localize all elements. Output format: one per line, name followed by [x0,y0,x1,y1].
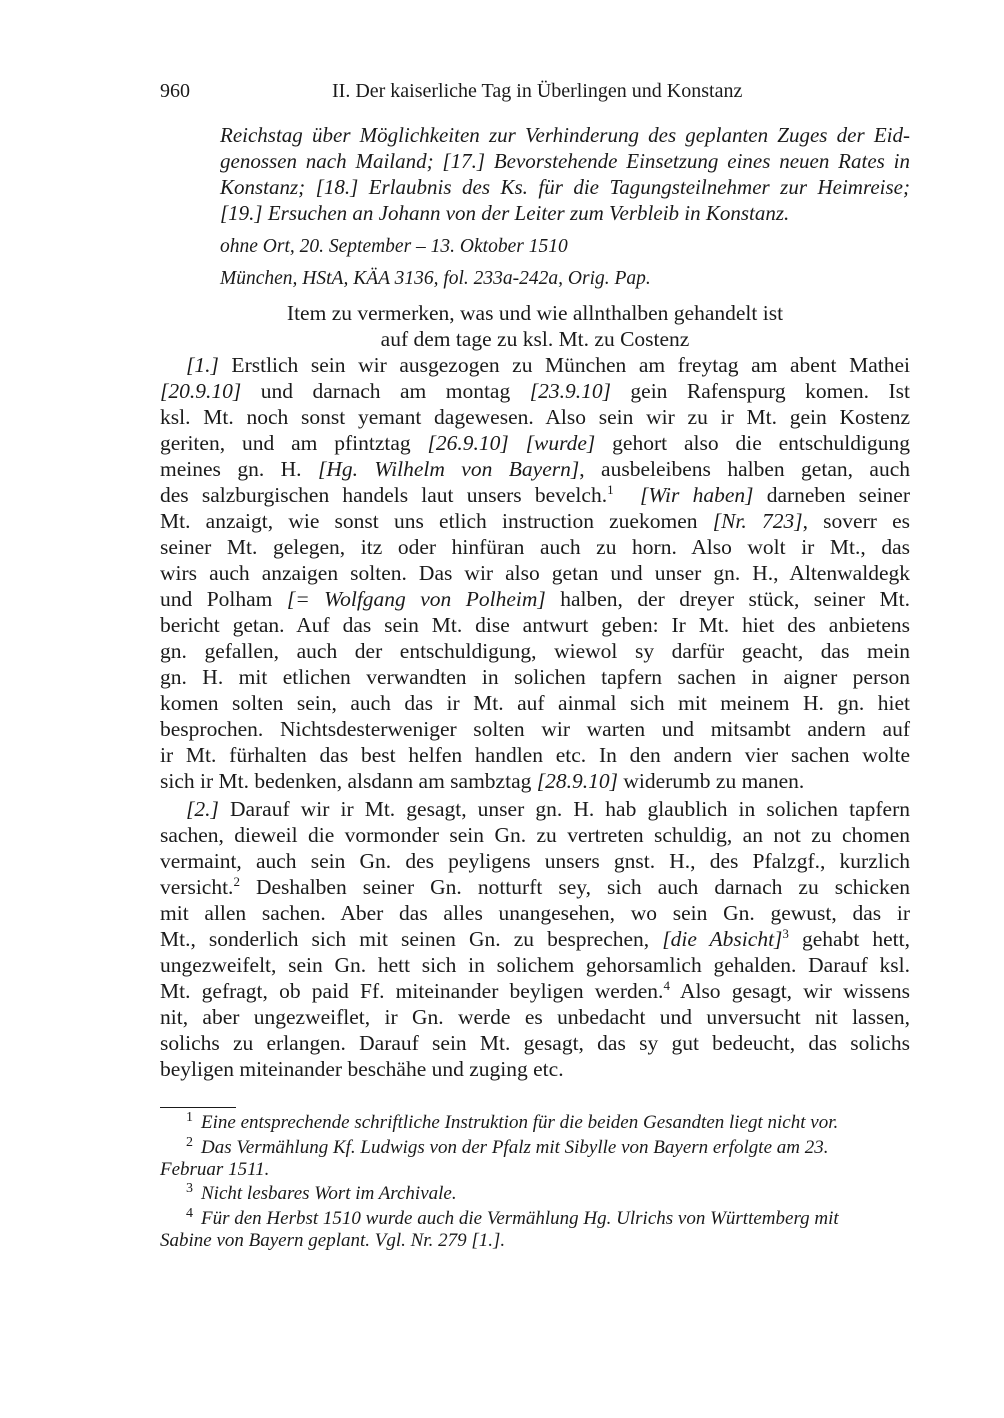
regest-line: Reichstag über Möglichkeiten zur Verhind… [220,122,910,148]
body-line: versicht.2 Deshalben seiner Gn. notturft… [160,874,910,900]
document-heading-line2: auf dem tage zu ksl. Mt. zu Costenz [160,326,910,352]
text-run: gehort also die entschuldigung [595,431,910,455]
text-run: Mt. gefragt, ob paid Ff. miteinander bey… [160,979,663,1003]
body-line: und Polham [= Wolfgang von Polheim] halb… [160,586,910,612]
footnote-1: 1Eine entsprechende schriftliche Instruk… [186,1112,838,1134]
text-run: , soverr es [803,509,910,533]
text-run: gehabt hett, [789,927,910,951]
text-run: halben, der dreyer stück, seiner Mt. [546,587,910,611]
text-run: meines gn. H. [160,457,318,481]
footnote-number: 3 [186,1181,193,1196]
footnote-text: Das Vermählung Kf. Ludwigs von der Pfalz… [201,1137,828,1158]
footnote-2-continuation: Februar 1511. [160,1159,269,1181]
footnote-number: 2 [186,1135,193,1150]
editorial-insertion: [die Absicht] [662,927,782,951]
text-run: Mt. anzaigt, wie sonst uns etlich instru… [160,509,713,533]
footnote-text: Eine entsprechende schriftliche Instrukt… [201,1112,838,1133]
text-run: sich ir Mt. bedenken, alsdann am sambzta… [160,769,537,793]
date-place: ohne Ort, 20. September – 13. Oktober 15… [220,234,568,260]
body-line: Mt., sonderlich sich mit seinen Gn. zu b… [160,926,910,952]
body-line: mit allen sachen. Aber das alles unanges… [160,900,910,926]
footnote-number: 4 [186,1206,193,1221]
document-heading-line1: Item zu vermerken, was und wie allnthalb… [160,300,910,326]
body-line: ir Mt. fürhalten das best helfen handlen… [160,742,910,768]
text-run: widerumb zu manen. [618,769,804,793]
text-run: und darnach am montag [241,379,529,403]
body-line: solichs zu erlangen. Darauf sein Mt. ges… [160,1030,910,1056]
body-line: ksl. Mt. noch sonst yemant dagewesen. Al… [160,404,910,430]
section-number: [2.] [186,797,219,821]
body-line: sich ir Mt. bedenken, alsdann am sambzta… [160,768,910,794]
body-line: gn. H. mit etlichen verwandten in solich… [160,664,910,690]
footnote-4: 4Für den Herbst 1510 wurde auch die Verm… [186,1208,839,1230]
text-run: des salzburgischen handels laut unsers b… [160,483,607,507]
text-run: , ausbeleibens halben getan, auch [579,457,910,481]
body-line: ungezweifelt, sein Gn. hett sich in soli… [160,952,910,978]
footnote-3: 3Nicht lesbares Wort im Archivale. [186,1183,457,1205]
regest-line: Konstanz; [18.] Erlaubnis des Ks. für di… [220,174,910,200]
regest-line: [19.] Ersuchen an Johann von der Leiter … [220,200,910,226]
footnote-divider [160,1107,236,1108]
section-number: [1.] [186,353,219,377]
archival-source: München, HStA, KÄA 3136, fol. 233a-242a,… [220,266,651,292]
body-line: des salzburgischen handels laut unsers b… [160,482,910,508]
footnote-2: 2Das Vermählung Kf. Ludwigs von der Pfal… [186,1137,828,1159]
running-head-title: II. Der kaiserliche Tag in Überlingen un… [332,80,742,103]
text-run: Also gesagt, wir wissens [670,979,910,1003]
document-page: 960 II. Der kaiserliche Tag in Überlinge… [0,0,1004,1418]
editorial-reference: [Nr. 723] [713,509,803,533]
body-line: geriten, und am pfintztag [26.9.10] [wur… [160,430,910,456]
editorial-date: [20.9.10] [160,379,241,403]
footnote-ref[interactable]: 1 [607,482,614,497]
running-head: 960 II. Der kaiserliche Tag in Überlinge… [160,80,910,106]
text-run: Erstlich sein wir ausgezogen zu München … [219,353,910,377]
footnote-text: Nicht lesbares Wort im Archivale. [201,1183,457,1204]
body-line: besprochen. Nichtsdesterweniger solten w… [160,716,910,742]
body-line: meines gn. H. [Hg. Wilhelm von Bayern], … [160,456,910,482]
editorial-date: [23.9.10] [530,379,611,403]
body-line: Mt. gefragt, ob paid Ff. miteinander bey… [160,978,910,1004]
text-run: und Polham [160,587,287,611]
footnote-number: 1 [186,1110,193,1125]
text-run: gein Rafenspurg komen. Ist [611,379,910,403]
body-line: komen solten sein, auch das ir Mt. auf a… [160,690,910,716]
text-run: Darauf wir ir Mt. gesagt, unser gn. H. h… [219,797,910,821]
body-line: [2.] Darauf wir ir Mt. gesagt, unser gn.… [186,796,910,822]
page-number: 960 [160,80,190,103]
body-line: bericht getan. Auf das sein Mt. dise ant… [160,612,910,638]
editorial-insertion: [Wir haben] [640,483,754,507]
text-run: geriten, und am pfintztag [160,431,428,455]
text-run: versicht. [160,875,233,899]
editorial-date: [28.9.10] [537,769,618,793]
body-line: wirs auch anzaigen solten. Das wir also … [160,560,910,586]
body-line: [20.9.10] und darnach am montag [23.9.10… [160,378,910,404]
body-line: seiner Mt. gelegen, itz oder hinfüran au… [160,534,910,560]
body-line: [1.] Erstlich sein wir ausgezogen zu Mün… [186,352,910,378]
text-run: Mt., sonderlich sich mit seinen Gn. zu b… [160,927,662,951]
editorial-insertion: [= Wolfgang von Polheim] [287,587,546,611]
text-run: Deshalben seiner Gn. notturft sey, sich … [240,875,910,899]
text-run: darneben seiner [754,483,911,507]
body-line: sachen, dieweil die vormonder sein Gn. z… [160,822,910,848]
editorial-insertion: [Hg. Wilhelm von Bayern] [318,457,579,481]
body-line: beyligen miteinander beschähe und zuging… [160,1056,910,1082]
regest-line: genossen nach Mailand; [17.] Bevorstehen… [220,148,910,174]
footnote-text: Für den Herbst 1510 wurde auch die Vermä… [201,1208,839,1229]
body-line: nit, aber ungezweiflet, ir Gn. werde es … [160,1004,910,1030]
editorial-insertion: [26.9.10] [wurde] [428,431,596,455]
footnote-4-continuation: Sabine von Bayern geplant. Vgl. Nr. 279 … [160,1230,505,1252]
body-line: gn. gefallen, auch der entschuldigung, w… [160,638,910,664]
body-line: vermaint, auch sein Gn. des peyligens un… [160,848,910,874]
body-line: Mt. anzaigt, wie sonst uns etlich instru… [160,508,910,534]
